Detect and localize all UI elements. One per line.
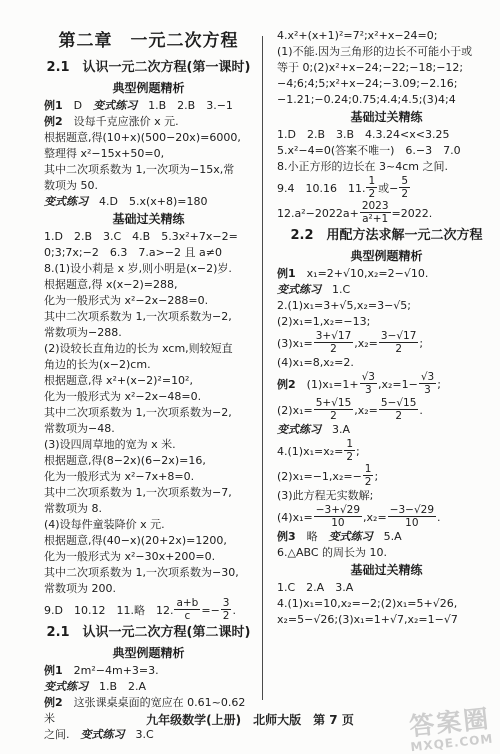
text-line: 1.D 2.B 3.C 4.B 5.3x²+7x−2= <box>44 229 253 245</box>
text-line: 8.小正方形的边长在 3~4cm 之间. <box>277 159 496 175</box>
text-line: 1.C 2.A 3.A <box>277 580 496 596</box>
text-line: 0;3;7x;−2 6.3 7.a>−2 且 a≠0 <box>44 245 253 261</box>
text-line: 例1 D 变式练习 1.B 2.B 3.−1 <box>44 98 253 114</box>
text-line: 例1 2m²−4m+3=3. <box>44 663 253 679</box>
text-line: (3)设四周草地的宽为 x 米. <box>44 437 253 453</box>
fraction: −3−√2910 <box>388 504 436 529</box>
text-line: (2)x₁=5+√152,x₂=5−√152. <box>277 397 496 422</box>
text-line: 数项为 50. <box>44 178 253 194</box>
text-line: 变式练习 4.D 5.x(x+8)=180 <box>44 194 253 210</box>
fraction: 32 <box>221 597 232 622</box>
text-line: 5.x²−4=0(答案不唯一) 6.−3 7.0 <box>277 143 496 159</box>
fraction: √33 <box>360 371 377 396</box>
fraction: 5+√152 <box>314 397 354 422</box>
subsection-title: 典型例题精析 <box>44 79 253 98</box>
section-title: 2.1 认识一元二次方程(第一课时) <box>44 57 253 79</box>
text-line: 化为一般形式为 x²−2x−48=0. <box>44 389 253 405</box>
left-column: 第二章 一元二次方程2.1 认识一元二次方程(第一课时)典型例题精析例1 D 变… <box>44 28 253 743</box>
text-line: 12.a²−2022a+2023a²+1=2022. <box>277 200 496 225</box>
text-line: 变式练习 3.A <box>277 422 496 438</box>
fraction: 12 <box>366 175 377 200</box>
text-line: 其中二次项系数为 1,一次项系数为−30, <box>44 565 253 581</box>
text-line: 化为一般形式为 x²−30x+200=0. <box>44 549 253 565</box>
text-line: 2.(1)x₁=3+√5,x₂=3−√5; <box>277 298 496 314</box>
text-line: 9.4 10.16 11.12或−52 <box>277 175 496 200</box>
text-line: 6.△ABC 的周长为 10. <box>277 545 496 561</box>
fraction: 12 <box>363 463 374 488</box>
text-line: 例2 设每千克应涨价 x 元. <box>44 114 253 130</box>
fraction: 5−√152 <box>379 397 419 422</box>
text-line: 整理得 x²−15x+50=0, <box>44 146 253 162</box>
text-line: −4;6;4;5;x²+x−24;−3.09;−2.16; <box>277 76 496 92</box>
text-line: (4)x₁=8,x₂=2. <box>277 355 496 371</box>
text-line: (3)x₁=3+√172,x₂=3−√172; <box>277 330 496 355</box>
text-line: 其中二次项系数为 1,一次项为−15x,常 <box>44 162 253 178</box>
right-column: 4.x²+(x+1)²=7²;x²+x−24=0;(1)不能.因为三角形的边长不… <box>277 28 496 628</box>
fraction: −3+√2910 <box>314 504 362 529</box>
text-line: 9.D 10.12 11.略 12.a+bc=−32. <box>44 597 253 622</box>
watermark: 答案圈 MXQE.COM <box>407 706 494 754</box>
text-line: 1.D 2.B 3.B 4.3.24<x<3.25 <box>277 127 496 143</box>
text-line: 例2 (1)x₁=1+√33,x₂=1−√33; <box>277 371 496 396</box>
text-line: (4)设每件童装降价 x 元. <box>44 517 253 533</box>
answer-page: 第二章 一元二次方程2.1 认识一元二次方程(第一课时)典型例题精析例1 D 变… <box>0 0 500 754</box>
text-line: 4.x²+(x+1)²=7²;x²+x−24=0; <box>277 28 496 44</box>
text-line: −1.21;−0.24;0.75;4.4;4.5;(3)4;4 <box>277 92 496 108</box>
fraction: 3+√172 <box>314 330 354 355</box>
section-title: 2.2 用配方法求解一元二次方程 <box>277 225 496 247</box>
fraction: a+bc <box>174 597 200 622</box>
text-line: x₂=5−√26;(3)x₁=1+√7,x₂=1−√7 <box>277 612 496 628</box>
text-line: 之间. 变式练习 3.C <box>44 727 253 743</box>
text-line: 常数项为−288. <box>44 325 253 341</box>
text-line: 例3 略 变式练习 5.A <box>277 529 496 545</box>
subsection-title: 基础过关精练 <box>277 561 496 580</box>
text-line: 8.(1)设小莉是 x 岁,则小明是(x−2)岁. <box>44 261 253 277</box>
subsection-title: 基础过关精练 <box>277 108 496 127</box>
text-line: 常数项为−48. <box>44 421 253 437</box>
text-line: 根据题意,得(8−2x)(6−2x)=16, <box>44 453 253 469</box>
text-line: (1)不能.因为三角形的边长不可能小于或 <box>277 44 496 60</box>
column-divider <box>262 36 263 700</box>
text-line: 变式练习 1.C <box>277 282 496 298</box>
text-line: 根据题意,得(10+x)(500−20x)=6000, <box>44 130 253 146</box>
fraction: 2023a²+1 <box>360 200 391 225</box>
chapter-title: 第二章 一元二次方程 <box>44 28 253 55</box>
subsection-title: 典型例题精析 <box>44 644 253 663</box>
text-line: 其中二次项系数为 1,一次项系数为−2, <box>44 405 253 421</box>
text-line: (2)设较长直角边的长为 xcm,则较短直 <box>44 341 253 357</box>
text-line: 常数项为 8. <box>44 501 253 517</box>
text-line: (4)x₁=−3+√2910,x₂=−3−√2910. <box>277 504 496 529</box>
text-line: (2)x₁=1,x₂=−13; <box>277 314 496 330</box>
subsection-title: 典型例题精析 <box>277 247 496 266</box>
text-line: 根据题意,得 x²+(x−2)²=10², <box>44 373 253 389</box>
text-line: 等于 0;(2)x²+x−24;−22;−18;−12; <box>277 60 496 76</box>
text-line: 角边的长为(x−2)cm. <box>44 357 253 373</box>
text-line: 常数项为 200. <box>44 581 253 597</box>
text-line: 根据题意,得(40−x)(20+2x)=1200, <box>44 533 253 549</box>
fraction: 3−√172 <box>379 330 419 355</box>
text-line: (2)x₁=−1,x₂=−12; <box>277 463 496 488</box>
section-title: 2.1 认识一元二次方程(第二课时) <box>44 622 253 644</box>
text-line: 4.(1)x₁=x₂=12; <box>277 438 496 463</box>
text-line: 其中二次项系数为 1,一次项系数为−2, <box>44 309 253 325</box>
text-line: 例1 x₁=2+√10,x₂=2−√10. <box>277 266 496 282</box>
text-line: (3)此方程无实数解; <box>277 488 496 504</box>
text-line: 其中二次项系数为 1,一次项系数为−7, <box>44 485 253 501</box>
fraction: √33 <box>419 371 436 396</box>
fraction: 12 <box>344 438 355 463</box>
text-line: 根据题意,得 x(x−2)=288, <box>44 277 253 293</box>
subsection-title: 基础过关精练 <box>44 210 253 229</box>
text-line: 4.(1)x₁=10,x₂=−2;(2)x₁=5+√26, <box>277 596 496 612</box>
fraction: 52 <box>399 175 410 200</box>
text-line: 化为一般形式为 x²−7x+8=0. <box>44 469 253 485</box>
text-line: 化为一般形式为 x²−2x−288=0. <box>44 293 253 309</box>
text-line: 变式练习 1.B 2.A <box>44 679 253 695</box>
